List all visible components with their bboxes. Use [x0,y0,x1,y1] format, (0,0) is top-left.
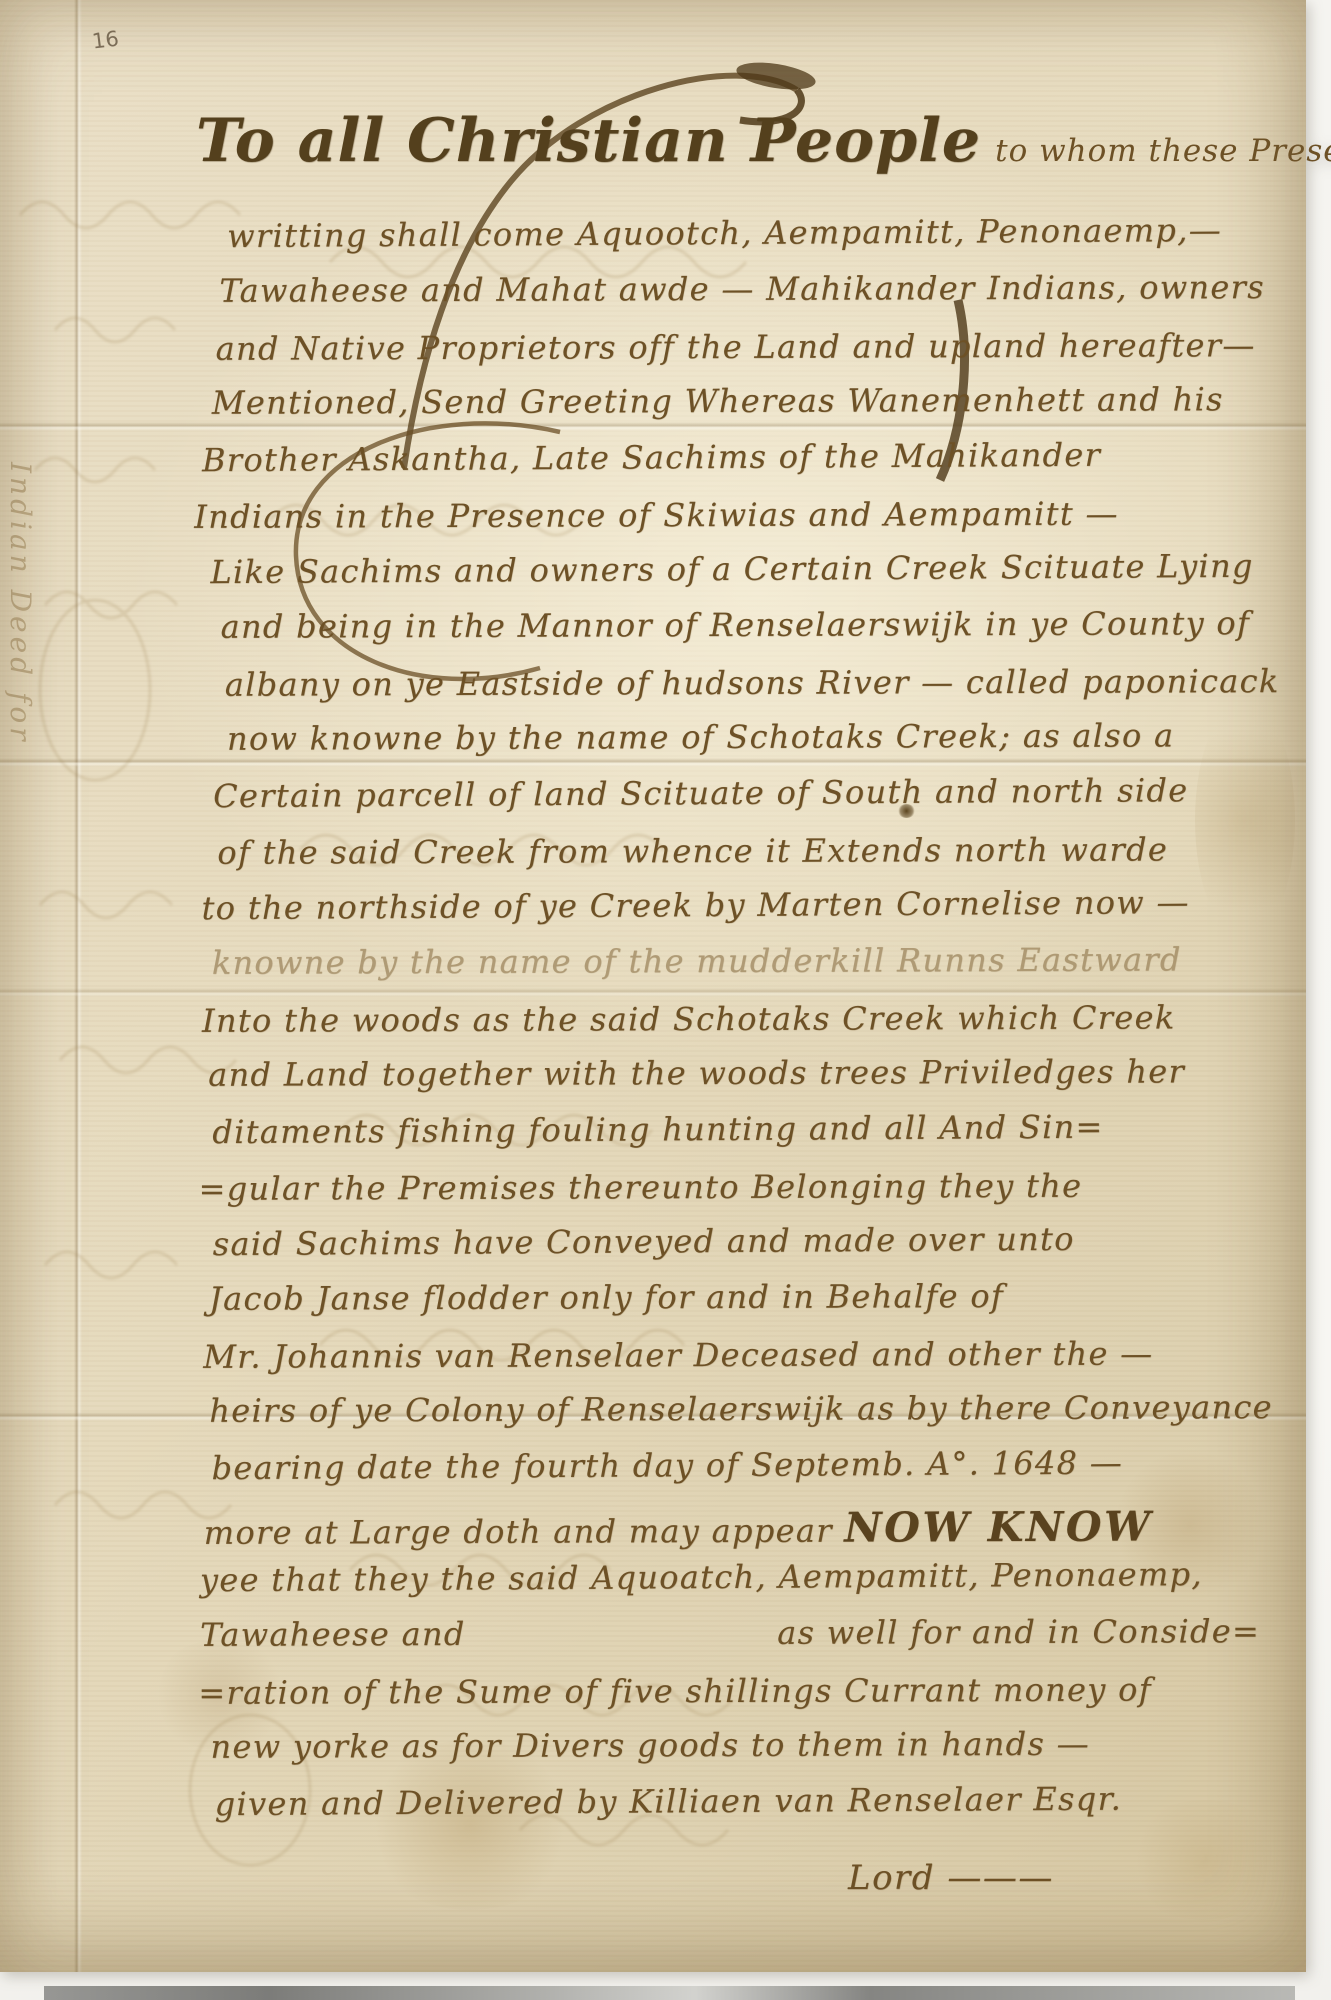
body-line: and Land together with the woods trees P… [208,1052,1258,1112]
body-line: Indians in the Presence of Skiwias and A… [194,494,1256,554]
body-line: Mr. Johannis van Renselaer Deceased and … [203,1334,1259,1394]
body-line: =ration of the Sume of five shillings Cu… [198,1670,1260,1730]
body-line: now knowne by the name of Schotaks Creek… [227,716,1257,776]
body-line: knowne by the name of the mudderkill Run… [212,940,1258,1000]
body-line: said Sachims have Conveyed and made over… [213,1219,1259,1281]
body-line-with-emphasis: more at Large doth and may appear NOW KN… [204,1502,1260,1562]
body-line: new yorke as for Divers goods to them in… [210,1724,1260,1784]
paper-wrap: 16 Indian Deed for To all Christian Peop… [0,0,1306,1972]
closing-word: Lord ——— [848,1858,1054,1898]
body-line: Into the woods as the said Schotaks Cree… [202,998,1258,1058]
body-line: Mentioned, Send Greeting Whereas Wanemen… [212,380,1256,440]
body-line: Certain parcell of land Scituate of Sout… [213,771,1257,833]
scanner-bed-strip [44,1986,1295,2000]
body-line: of the said Creek from whence it Extends… [217,830,1257,890]
body-line: given and Delivered by Killiaen van Rens… [215,1779,1261,1841]
marginalia-vertical-docket: Indian Deed for [4,462,37,1022]
body-line: Tawaheese and Mahat awde — Mahikander In… [219,268,1255,328]
body-line: bearing date the fourth day of Septemb. … [211,1443,1259,1505]
body-line-split: Tawaheese andas well for and in Conside= [200,1612,1260,1672]
opening-large-script: To all Christian People [196,106,981,176]
opening-line: To all Christian Peopleto whom these Pre… [196,106,1271,176]
body-line: Like Sachims and owners of a Certain Cre… [210,547,1256,609]
folio-number: 16 [91,26,120,53]
body-line: albany on ye Eastside of hudsons River —… [225,662,1257,722]
body-line: and Native Proprietors off the Land and … [216,326,1256,386]
manuscript-body: writting shall come Aquootch, Aempamitt,… [193,212,1261,1840]
body-line: Jacob Janse flodder only for and in Beha… [209,1276,1259,1336]
body-line: =gular the Premises thereunto Belonging … [198,1166,1258,1226]
body-line: heirs of ye Colony of Renselaerswijk as … [209,1388,1259,1448]
body-line: ditaments fishing fouling hunting and al… [212,1107,1258,1169]
body-line: Brother Askantha, Late Sachims of the Ma… [202,435,1256,497]
body-line: yee that they the said Aquoatch, Aempami… [200,1555,1260,1617]
emphasized-phrase: NOW KNOW [844,1503,1153,1552]
body-line: and being in the Mannor of Renselaerswij… [221,604,1257,664]
parchment-page: 16 Indian Deed for To all Christian Peop… [0,0,1306,1972]
body-line: to the northside of ye Creek by Marten C… [201,883,1257,945]
vertical-fold-crease [74,0,82,1972]
body-line: writting shall come Aquootch, Aempamitt,… [227,211,1255,273]
opening-continuation: to whom these Present [995,133,1331,169]
manuscript-scan: 16 Indian Deed for To all Christian Peop… [0,0,1331,2000]
